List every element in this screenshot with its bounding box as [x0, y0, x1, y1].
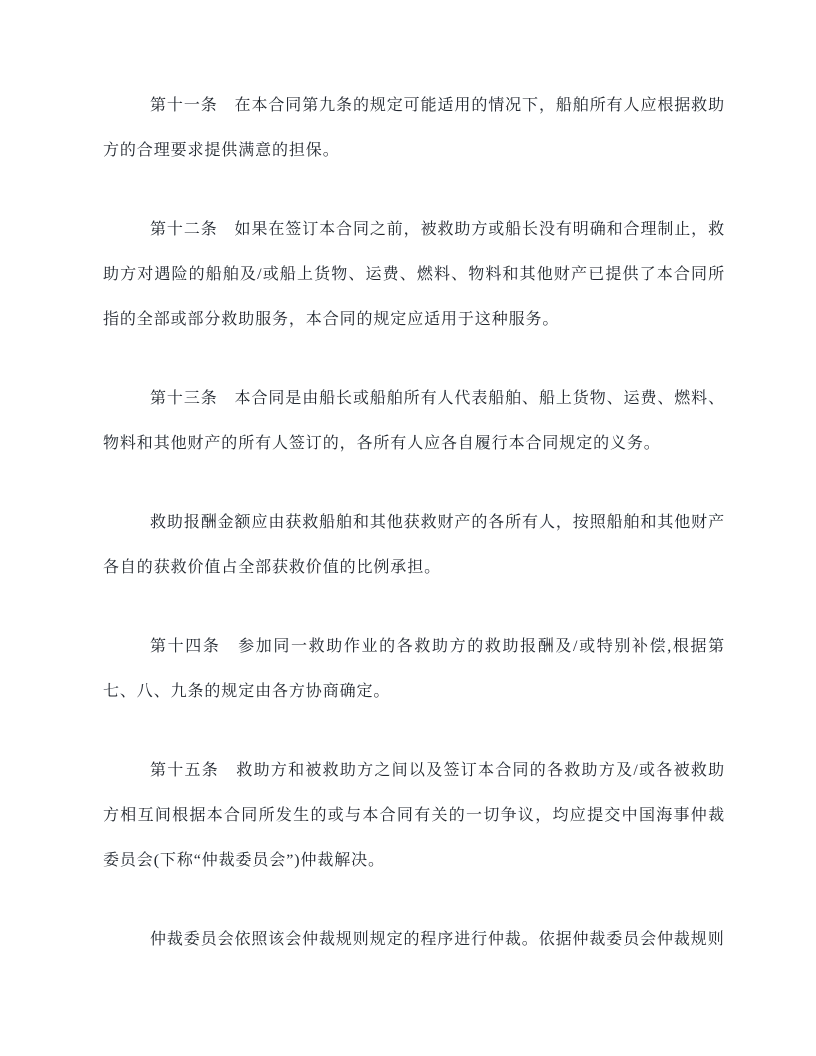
article-13-clause: 第十三条 本合同是由船长或船舶所有人代表船舶、船上货物、运费、燃料、物料和其他财…: [103, 376, 725, 466]
arbitration-procedure-clause: 仲裁委员会依照该会仲裁规则规定的程序进行仲裁。依据仲裁委员会仲裁规则: [103, 917, 725, 962]
article-15-clause: 第十五条 救助方和被救助方之间以及签订本合同的各救助方及/或各被救助方相互间根据…: [103, 748, 725, 883]
document-page: 第十一条 在本合同第九条的规定可能适用的情况下，船舶所有人应根据救助方的合理要求…: [0, 0, 816, 1056]
article-12-clause: 第十二条 如果在签订本合同之前，被救助方或船长没有明确和合理制止，救助方对遇险的…: [103, 207, 725, 342]
article-13-continuation-clause: 救助报酬金额应由获救船舶和其他获救财产的各所有人，按照船舶和其他财产各自的获救价…: [103, 500, 725, 590]
document-content: 第十一条 在本合同第九条的规定可能适用的情况下，船舶所有人应根据救助方的合理要求…: [103, 83, 725, 962]
article-14-clause: 第十四条 参加同一救助作业的各救助方的救助报酬及/或特别补偿,根据第七、八、九条…: [103, 624, 725, 714]
article-11-clause: 第十一条 在本合同第九条的规定可能适用的情况下，船舶所有人应根据救助方的合理要求…: [103, 83, 725, 173]
